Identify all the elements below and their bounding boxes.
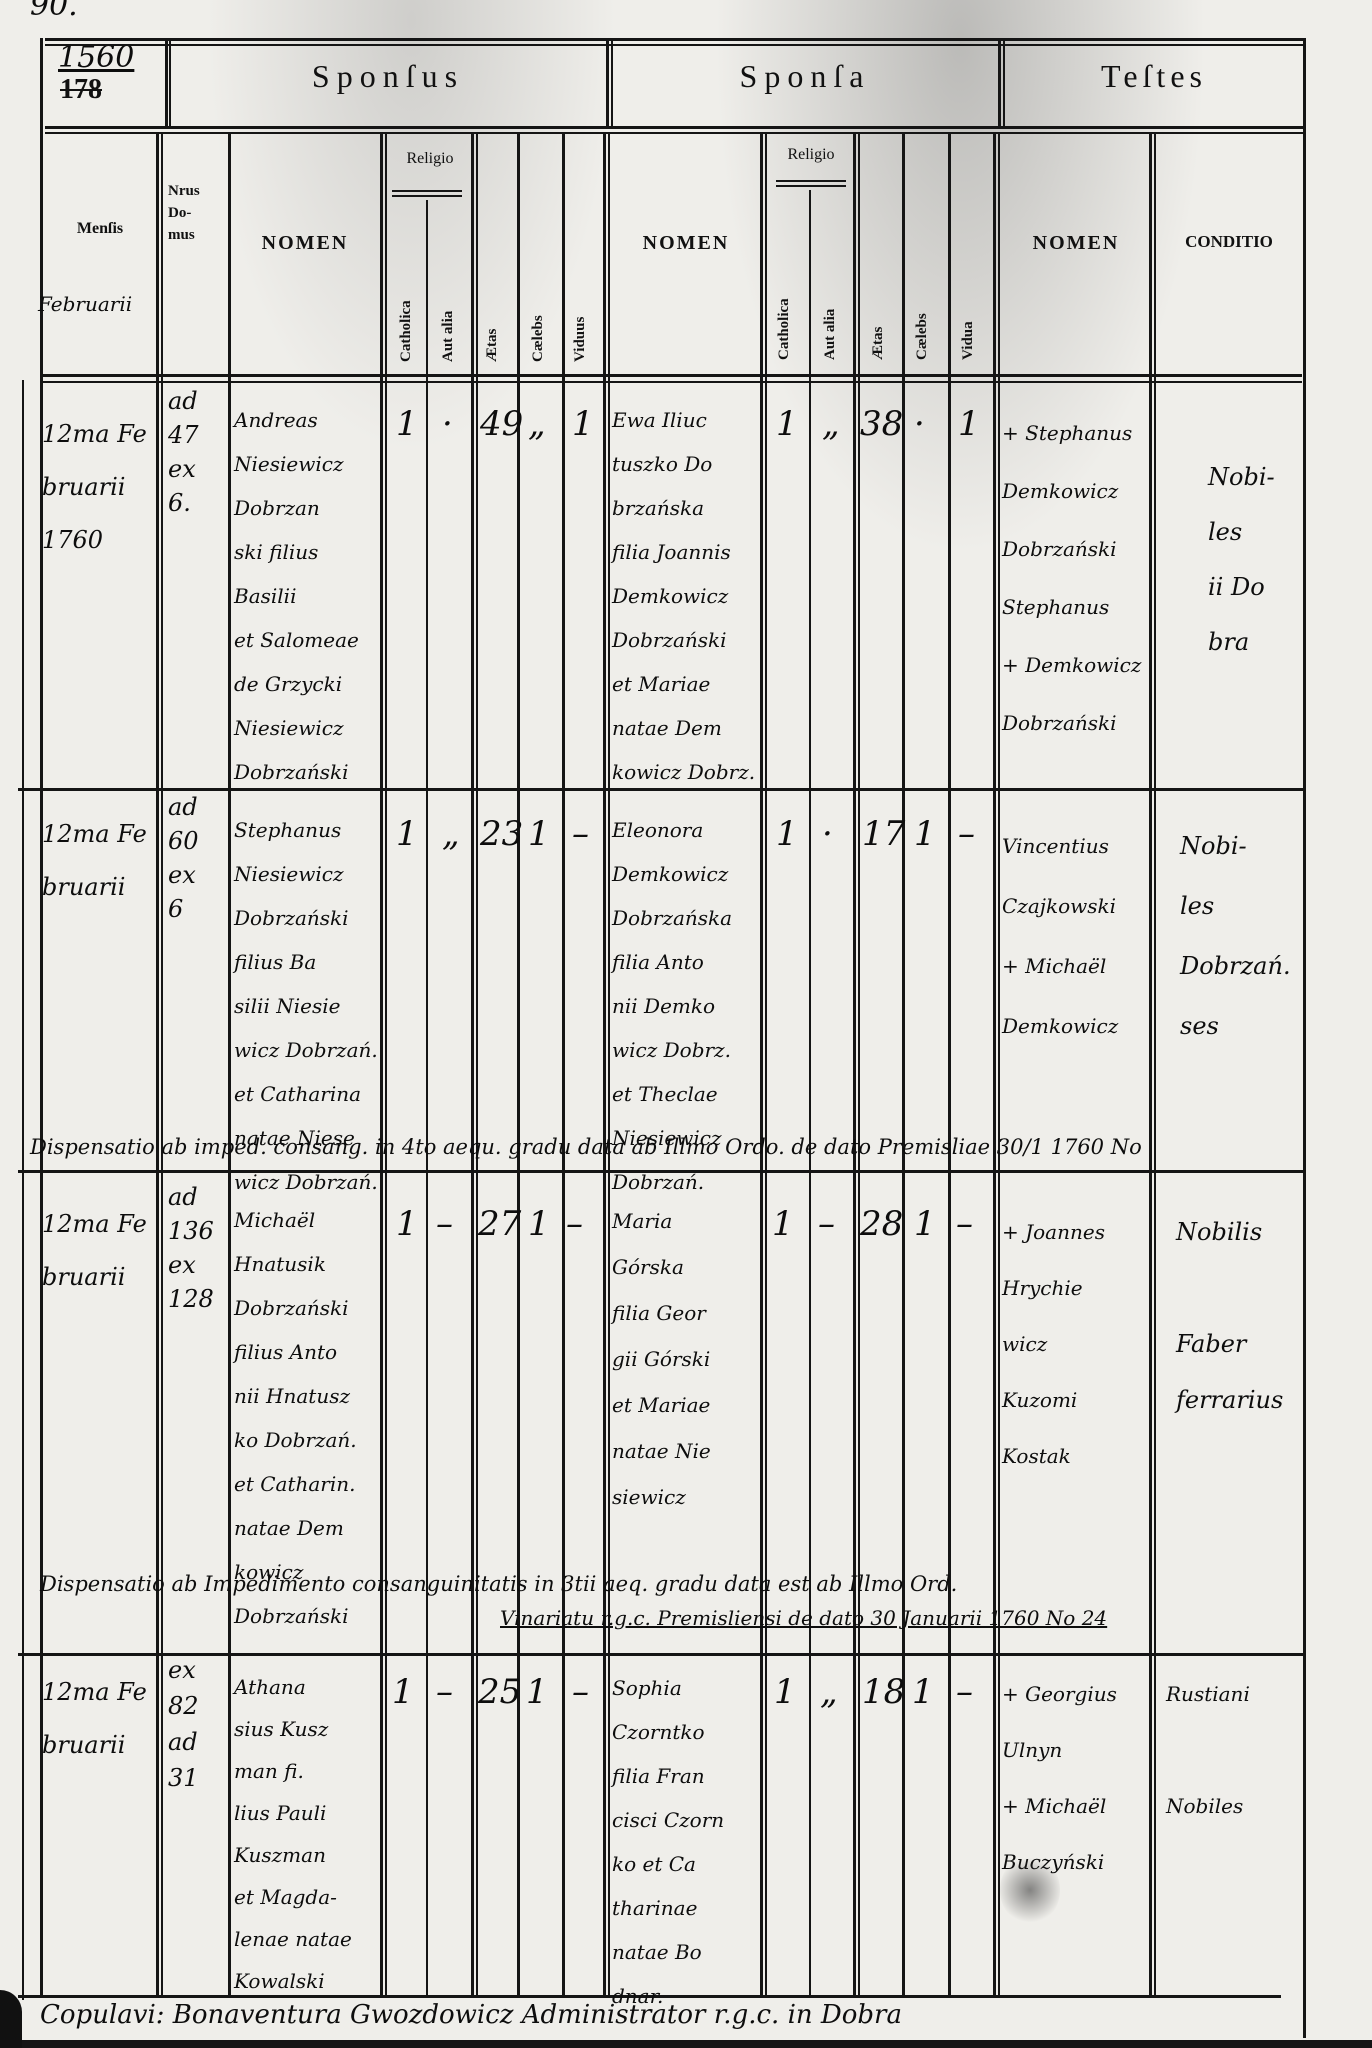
entry-sponsa-aut-alia: ·	[822, 808, 833, 861]
entry-sponsus-caelebs: 1	[528, 808, 550, 861]
entry-sponsa-aut-alia: –	[818, 1198, 835, 1251]
entry-sponsa-vidua: –	[956, 1198, 973, 1251]
header-sponsus-viduus: Viduus	[572, 317, 589, 362]
entry-sponsus-viduus: –	[572, 808, 589, 861]
entry-domus: ad60ex6	[168, 790, 226, 926]
entry-sponsa-aetas: 17	[862, 808, 905, 861]
header-sponsus: Sponſus	[172, 58, 604, 95]
entry-sponsus-aut-alia: ·	[442, 398, 453, 451]
entry-dispensatio-line2: Vinariatu r.g.c. Premisliensi de dato 30…	[500, 1606, 1107, 1630]
entry-sponsus-viduus: –	[566, 1198, 583, 1251]
corner-mark: 90.	[30, 0, 78, 23]
header-sponsa-religio: Religio	[770, 146, 852, 164]
entry-sponsus-catholica: 1	[392, 1666, 414, 1719]
header-sponsa-aetas: Ætas	[870, 327, 887, 360]
entry-domus: ad47ex6.	[168, 384, 226, 520]
entry-sponsus-catholica: 1	[396, 1198, 418, 1251]
entry-domus: ad136ex128	[168, 1180, 226, 1316]
header-sponsus-religio: Religio	[390, 150, 470, 168]
entry-sponsa-nomen: MariaGórskafilia Georgii Górskiet Mariae…	[612, 1198, 758, 1520]
entry-sponsus-catholica: 1	[396, 398, 418, 451]
header-nrus-domus: Nrus Do- mus	[168, 180, 226, 246]
entry-sponsa-caelebs: ·	[914, 398, 925, 451]
entry-sponsa-aetas: 18	[862, 1666, 905, 1719]
entry-sponsus-viduus: 1	[572, 398, 594, 451]
entry-testes-conditio: RustianiNobiles	[1166, 1666, 1302, 1834]
entry-domus: ex82ad31	[168, 1652, 226, 1796]
entry-sponsus-aetas: 27	[478, 1198, 521, 1251]
header-mensis: Menſis	[44, 218, 156, 240]
scan-edge-shadow	[0, 1990, 22, 2048]
entry-sponsa-catholica: 1	[772, 1198, 794, 1251]
entry-sponsa-nomen: Ewa Iliuctuszko Dobrzańskafilia JoannisD…	[612, 398, 758, 794]
entry-dispensatio: Dispensatio ab imped. consang. in 4to ae…	[30, 1135, 1142, 1159]
entry-testes-conditio: Nobi-lesii Dobra	[1208, 450, 1302, 670]
header-sponsus-aetas: Ætas	[484, 329, 501, 362]
header-sponsus-nomen: NOMEN	[230, 232, 380, 255]
entry-sponsus-aut-alia: –	[436, 1198, 453, 1251]
entry-sponsus-catholica: 1	[396, 808, 418, 861]
header-testes: Teſtes	[1005, 58, 1303, 95]
entry-sponsa-aetas: 28	[860, 1198, 903, 1251]
header-sponsus-catholica: Catholica	[398, 300, 415, 362]
entry-sponsus-aetas: 49	[480, 398, 523, 451]
entry-sponsus-aut-alia: „	[442, 808, 460, 861]
entry-sponsa-vidua: –	[956, 1666, 973, 1719]
entry-sponsa-catholica: 1	[776, 808, 798, 861]
entry-mensis: 12ma Februarii	[42, 808, 154, 914]
entry-sponsa-catholica: 1	[774, 1666, 796, 1719]
entry-sponsa-catholica: 1	[776, 398, 798, 451]
entry-sponsus-caelebs: „	[528, 398, 546, 451]
entry-sponsus-caelebs: 1	[526, 1666, 548, 1719]
signature-line: Copulavi: Bonaventura Gwozdowicz Adminis…	[40, 2000, 902, 2030]
month-header-note: Februarii	[38, 292, 132, 316]
entry-sponsus-aut-alia: –	[436, 1666, 453, 1719]
header-sponsa-vidua: Vidua	[960, 321, 977, 360]
entry-sponsa-vidua: 1	[958, 398, 980, 451]
entry-sponsa-aetas: 38	[860, 398, 903, 451]
entry-sponsus-caelebs: 1	[528, 1198, 550, 1251]
entry-sponsa-caelebs: 1	[914, 1198, 936, 1251]
header-testes-nomen: NOMEN	[1002, 232, 1150, 255]
entry-sponsus-aetas: 25	[478, 1666, 521, 1719]
entry-testes-nomen: VincentiusCzajkowski+ MichaëlDemkowicz	[1002, 816, 1148, 1056]
entry-sponsus-viduus: –	[572, 1666, 589, 1719]
header-sponsa: Sponſa	[613, 58, 997, 95]
entry-mensis: 12ma Februarii	[42, 1666, 154, 1772]
header-sponsus-caelebs: Cælebs	[530, 315, 547, 362]
header-sponsa-nomen: NOMEN	[612, 232, 760, 255]
header-sponsus-aut-alia: Aut alia	[440, 311, 457, 362]
header-sponsa-aut-alia: Aut alia	[822, 309, 839, 360]
entry-mensis: 12ma Februarii1760	[42, 408, 154, 567]
entry-sponsa-nomen: SophiaCzorntkofilia Francisci Czornko et…	[612, 1666, 758, 2018]
header-sponsa-catholica: Catholica	[776, 298, 793, 360]
entry-sponsa-vidua: –	[958, 808, 975, 861]
folio-number-struck: 178	[60, 74, 102, 106]
entry-sponsa-aut-alia: „	[822, 398, 840, 451]
entry-sponsa-aut-alia: „	[820, 1666, 838, 1719]
entry-sponsus-aetas: 23	[480, 808, 523, 861]
ink-blot	[1000, 1855, 1060, 1925]
register-page: 90. 1560 178	[0, 0, 1372, 2048]
entry-sponsus-nomen: Athanasius Kuszman fi.lius PauliKuszmane…	[234, 1666, 380, 2002]
entry-sponsus-nomen: AndreasNiesiewiczDobrzanski filiusBasili…	[234, 398, 380, 794]
entry-sponsa-caelebs: 1	[912, 1666, 934, 1719]
entry-dispensatio: Dispensatio ab Impedimento consanguinita…	[40, 1572, 957, 1596]
entry-testes-conditio: NobilisFaberferrarius	[1176, 1204, 1302, 1428]
header-sponsa-caelebs: Cælebs	[914, 313, 931, 360]
entry-testes-nomen: + StephanusDemkowiczDobrzańskiStephanus+…	[1002, 404, 1148, 752]
entry-testes-nomen: + JoannesHrychiewiczKuzomiKostak	[1002, 1204, 1148, 1484]
entry-mensis: 12ma Februarii	[42, 1198, 154, 1304]
entry-sponsa-caelebs: 1	[914, 808, 936, 861]
entry-testes-conditio: Nobi-lesDobrzań.ses	[1180, 816, 1302, 1056]
header-testes-conditio: CONDITIO	[1156, 232, 1302, 252]
